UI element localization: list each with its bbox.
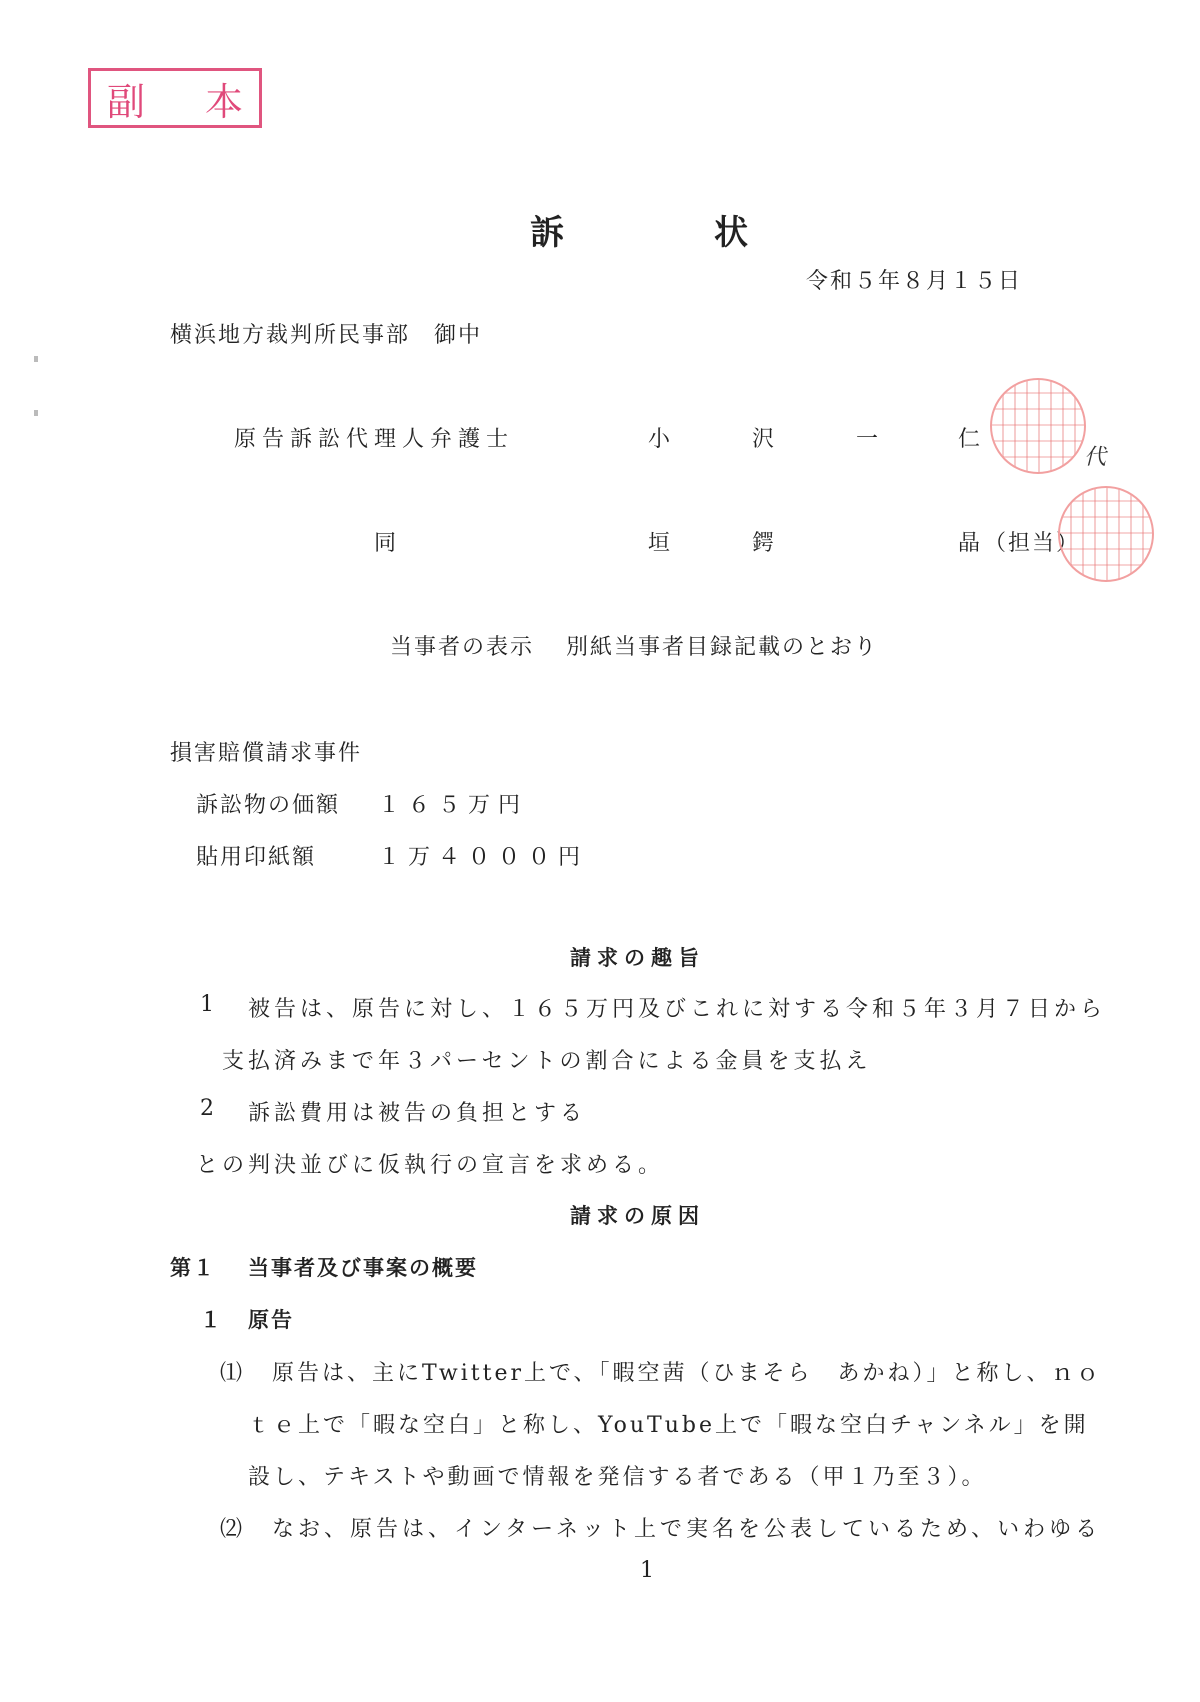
cause-para-2-num: ⑵ xyxy=(220,1512,244,1543)
title-char-2: 状 xyxy=(714,205,748,254)
document-date: 令和５年８月１５日 xyxy=(806,264,1022,295)
attorney-name-1-char-1: 小 xyxy=(648,422,672,453)
document-title: 訴状 xyxy=(530,205,748,254)
cause-heading: 請求の原因 xyxy=(570,1200,705,1230)
attorney-role-2: 同 xyxy=(374,526,398,557)
cause-sub-title: 原告 xyxy=(248,1304,294,1334)
title-char-1: 訴 xyxy=(530,205,564,254)
claim-value: １６５万円 xyxy=(378,788,528,819)
handwritten-proxy-mark: 代 xyxy=(1084,440,1106,471)
claim-item-2-line1: 訴訟費用は被告の負担とする xyxy=(248,1096,586,1127)
attorney-name-1-char-3: 一 xyxy=(856,422,880,453)
cause-para-2-line-1: なお、原告は、インターネット上で実名を公表しているため、いわゆる xyxy=(272,1512,1101,1543)
claim-value-label: 訴訟物の価額 xyxy=(196,788,340,819)
attorney-name-1-char-4: 仁 xyxy=(958,422,982,453)
cause-para-1-line-1: 原告は、主にTwitter上で、「暇空茜（ひまそら あかね）」と称し、ｎｏ xyxy=(272,1356,1102,1387)
parties-label: 当事者の表示 xyxy=(390,630,534,661)
attorney-name-2-char-4: 晶 xyxy=(958,526,982,557)
parties-value: 別紙当事者目録記載のとおり xyxy=(566,630,878,661)
claim-item-1-line1: 被告は、原告に対し、１６５万円及びこれに対する令和５年３月７日から xyxy=(248,992,1106,1023)
attorney-seal-2 xyxy=(1058,486,1154,582)
cause-part-title: 当事者及び事案の概要 xyxy=(248,1252,478,1282)
case-name: 損害賠償請求事件 xyxy=(170,736,362,767)
addressee: 横浜地方裁判所民事部 御中 xyxy=(170,318,482,349)
attorney-seal-1 xyxy=(990,378,1086,474)
claim-item-1-num: 1 xyxy=(200,992,216,1017)
cause-para-1-num: ⑴ xyxy=(220,1356,244,1387)
cause-part-num: 第１ xyxy=(170,1252,216,1282)
cause-para-1-line-2: ｔｅ上で「暇な空白」と称し、YouTube上で「暇な空白チャンネル」を開 xyxy=(248,1408,1089,1439)
copy-stamp: 副 本 xyxy=(88,68,262,128)
attorney-role-1: 原告訴訟代理人弁護士 xyxy=(234,422,514,453)
stamp-fee: １万４０００円 xyxy=(378,840,588,871)
copy-stamp-left: 副 xyxy=(107,71,145,126)
attorney-name-1-char-2: 沢 xyxy=(752,422,776,453)
claims-heading: 請求の趣旨 xyxy=(570,942,705,972)
claim-item-1-line2: 支払済みまで年３パーセントの割合による金員を支払え xyxy=(222,1044,872,1075)
claim-item-2-num: 2 xyxy=(200,1096,216,1121)
stamp-fee-label: 貼用印紙額 xyxy=(196,840,316,871)
cause-para-1-line-3: 設し、テキストや動画で情報を発信する者である（甲１乃至３）。 xyxy=(248,1460,987,1491)
cause-sub-num: １ xyxy=(200,1304,223,1334)
scan-speck xyxy=(34,356,38,362)
claims-closing: との判決並びに仮執行の宣言を求める。 xyxy=(196,1148,664,1179)
attorney-name-2-char-1: 垣 xyxy=(648,526,672,557)
page-number: 1 xyxy=(640,1558,656,1583)
attorney-name-2-char-2: 鍔 xyxy=(752,526,776,557)
scan-speck xyxy=(34,410,38,416)
copy-stamp-right: 本 xyxy=(205,71,243,126)
